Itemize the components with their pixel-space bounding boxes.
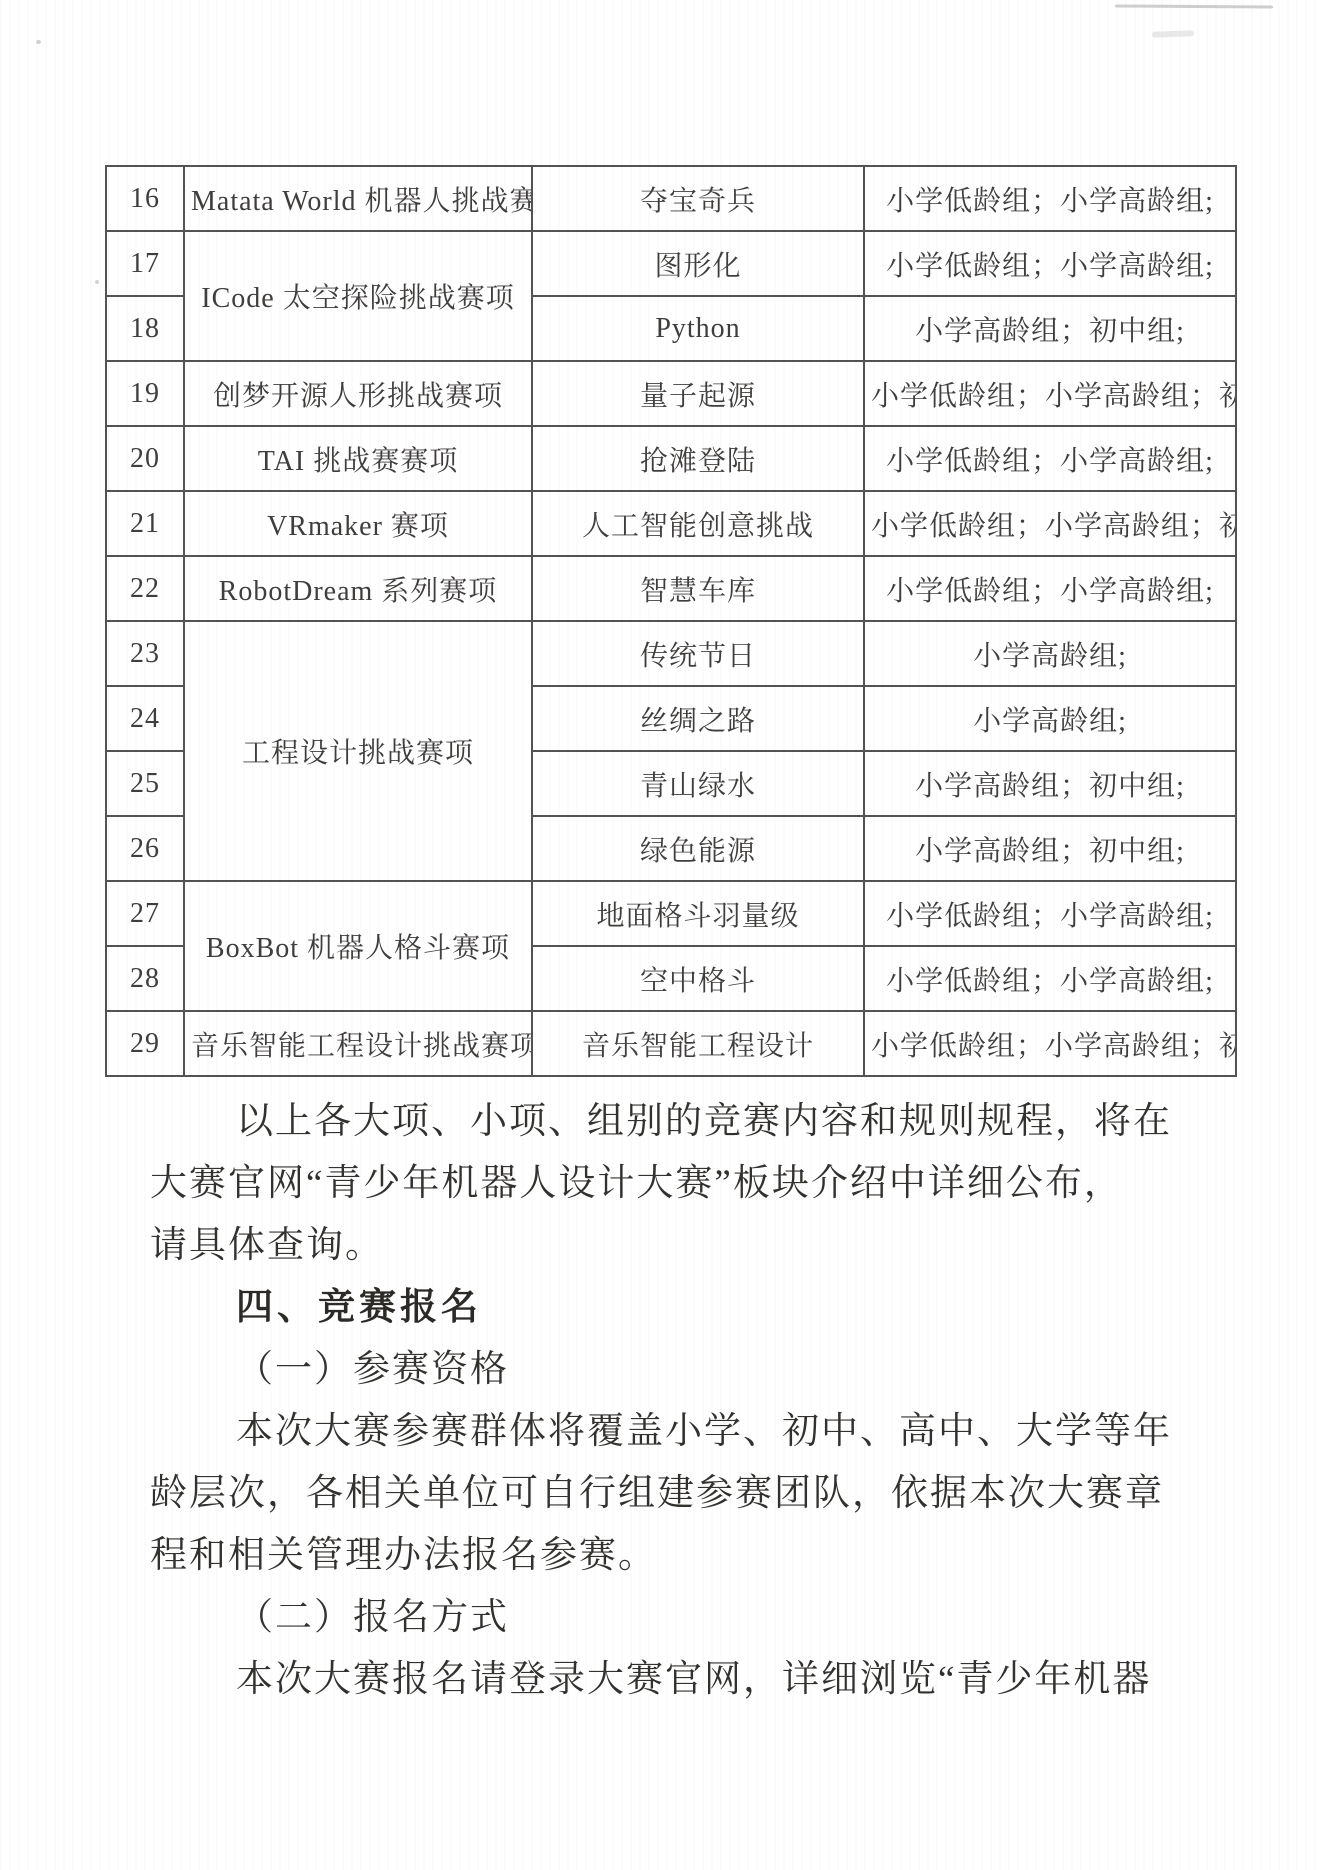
table-row: 22 RobotDream 系列赛项 智慧车库 小学低龄组；小学高龄组; bbox=[106, 556, 1236, 621]
table-row: 27 BoxBot 机器人格斗赛项 地面格斗羽量级 小学低龄组；小学高龄组; bbox=[106, 881, 1236, 946]
paragraph-line: 本次大赛参赛群体将覆盖小学、初中、高中、大学等年 bbox=[150, 1401, 1220, 1463]
scan-artifact-line bbox=[1115, 4, 1273, 8]
cell-subitem: 绿色能源 bbox=[532, 816, 864, 881]
cell-event-name: ICode 太空探险挑战赛项 bbox=[184, 231, 532, 361]
cell-row-number: 24 bbox=[106, 686, 184, 751]
paragraph-line: 以上各大项、小项、组别的竞赛内容和规则规程，将在 bbox=[150, 1091, 1220, 1153]
cell-age-groups: 小学低龄组；小学高龄组; bbox=[864, 881, 1236, 946]
subsection-heading: （二）报名方式 bbox=[150, 1587, 1220, 1649]
cell-age-groups: 小学高龄组；初中组; bbox=[864, 751, 1236, 816]
cell-age-groups: 小学低龄组；小学高龄组; bbox=[864, 946, 1236, 1011]
document-page: 16 Matata World 机器人挑战赛 夺宝奇兵 小学低龄组；小学高龄组;… bbox=[0, 0, 1323, 1870]
scan-artifact-smudge bbox=[1152, 30, 1194, 37]
cell-age-groups: 小学低龄组；小学高龄组；初中组; bbox=[864, 491, 1236, 556]
paragraph-line: 大赛官网“青少年机器人设计大赛”板块介绍中详细公布， bbox=[150, 1153, 1220, 1215]
paragraph-line: 龄层次，各相关单位可自行组建参赛团队，依据本次大赛章 bbox=[150, 1463, 1220, 1525]
cell-subitem: 音乐智能工程设计 bbox=[532, 1011, 864, 1076]
paragraph-line: 程和相关管理办法报名参赛。 bbox=[150, 1525, 1220, 1587]
cell-row-number: 21 bbox=[106, 491, 184, 556]
cell-event-name: VRmaker 赛项 bbox=[184, 491, 532, 556]
paragraph-line: 请具体查询。 bbox=[150, 1215, 1220, 1277]
table-row: 19 创梦开源人形挑战赛项 量子起源 小学低龄组；小学高龄组；初中组; bbox=[106, 361, 1236, 426]
cell-row-number: 27 bbox=[106, 881, 184, 946]
cell-row-number: 23 bbox=[106, 621, 184, 686]
cell-event-name: TAI 挑战赛赛项 bbox=[184, 426, 532, 491]
cell-subitem: 地面格斗羽量级 bbox=[532, 881, 864, 946]
cell-row-number: 19 bbox=[106, 361, 184, 426]
cell-subitem: Python bbox=[532, 296, 864, 361]
cell-age-groups: 小学低龄组；小学高龄组; bbox=[864, 556, 1236, 621]
cell-event-name: 工程设计挑战赛项 bbox=[184, 621, 532, 881]
cell-age-groups: 小学低龄组；小学高龄组；初中组; bbox=[864, 1011, 1236, 1076]
section-heading: 四、竞赛报名 bbox=[150, 1277, 1220, 1339]
competition-events-table: 16 Matata World 机器人挑战赛 夺宝奇兵 小学低龄组；小学高龄组;… bbox=[105, 165, 1237, 1077]
cell-subitem: 青山绿水 bbox=[532, 751, 864, 816]
cell-event-name: 音乐智能工程设计挑战赛项 bbox=[184, 1011, 532, 1076]
table-row: 23 工程设计挑战赛项 传统节日 小学高龄组; bbox=[106, 621, 1236, 686]
cell-subitem: 传统节日 bbox=[532, 621, 864, 686]
cell-event-name: 创梦开源人形挑战赛项 bbox=[184, 361, 532, 426]
table-row: 16 Matata World 机器人挑战赛 夺宝奇兵 小学低龄组；小学高龄组; bbox=[106, 166, 1236, 231]
cell-age-groups: 小学低龄组；小学高龄组; bbox=[864, 166, 1236, 231]
table-row: 20 TAI 挑战赛赛项 抢滩登陆 小学低龄组；小学高龄组; bbox=[106, 426, 1236, 491]
cell-age-groups: 小学低龄组；小学高龄组; bbox=[864, 426, 1236, 491]
cell-age-groups: 小学低龄组；小学高龄组；初中组; bbox=[864, 361, 1236, 426]
cell-age-groups: 小学高龄组；初中组; bbox=[864, 816, 1236, 881]
cell-row-number: 17 bbox=[106, 231, 184, 296]
cell-subitem: 丝绸之路 bbox=[532, 686, 864, 751]
scan-speck bbox=[36, 40, 41, 44]
cell-subitem: 空中格斗 bbox=[532, 946, 864, 1011]
cell-row-number: 16 bbox=[106, 166, 184, 231]
cell-row-number: 20 bbox=[106, 426, 184, 491]
cell-age-groups: 小学低龄组；小学高龄组; bbox=[864, 231, 1236, 296]
cell-row-number: 25 bbox=[106, 751, 184, 816]
scan-speck bbox=[95, 280, 99, 284]
cell-age-groups: 小学高龄组; bbox=[864, 621, 1236, 686]
cell-subitem: 人工智能创意挑战 bbox=[532, 491, 864, 556]
table-row: 29 音乐智能工程设计挑战赛项 音乐智能工程设计 小学低龄组；小学高龄组；初中组… bbox=[106, 1011, 1236, 1076]
table-row: 21 VRmaker 赛项 人工智能创意挑战 小学低龄组；小学高龄组；初中组; bbox=[106, 491, 1236, 556]
paragraph-line: 本次大赛报名请登录大赛官网，详细浏览“青少年机器 bbox=[150, 1649, 1220, 1711]
cell-age-groups: 小学高龄组; bbox=[864, 686, 1236, 751]
cell-row-number: 22 bbox=[106, 556, 184, 621]
cell-row-number: 29 bbox=[106, 1011, 184, 1076]
cell-subitem: 抢滩登陆 bbox=[532, 426, 864, 491]
table-row: 17 ICode 太空探险挑战赛项 图形化 小学低龄组；小学高龄组; bbox=[106, 231, 1236, 296]
cell-subitem: 图形化 bbox=[532, 231, 864, 296]
cell-subitem: 量子起源 bbox=[532, 361, 864, 426]
cell-row-number: 26 bbox=[106, 816, 184, 881]
subsection-heading: （一）参赛资格 bbox=[150, 1339, 1220, 1401]
document-body: 以上各大项、小项、组别的竞赛内容和规则规程，将在 大赛官网“青少年机器人设计大赛… bbox=[150, 1091, 1220, 1711]
cell-row-number: 18 bbox=[106, 296, 184, 361]
cell-subitem: 夺宝奇兵 bbox=[532, 166, 864, 231]
cell-event-name: BoxBot 机器人格斗赛项 bbox=[184, 881, 532, 1011]
cell-age-groups: 小学高龄组；初中组; bbox=[864, 296, 1236, 361]
cell-event-name: Matata World 机器人挑战赛 bbox=[184, 166, 532, 231]
cell-row-number: 28 bbox=[106, 946, 184, 1011]
cell-subitem: 智慧车库 bbox=[532, 556, 864, 621]
cell-event-name: RobotDream 系列赛项 bbox=[184, 556, 532, 621]
